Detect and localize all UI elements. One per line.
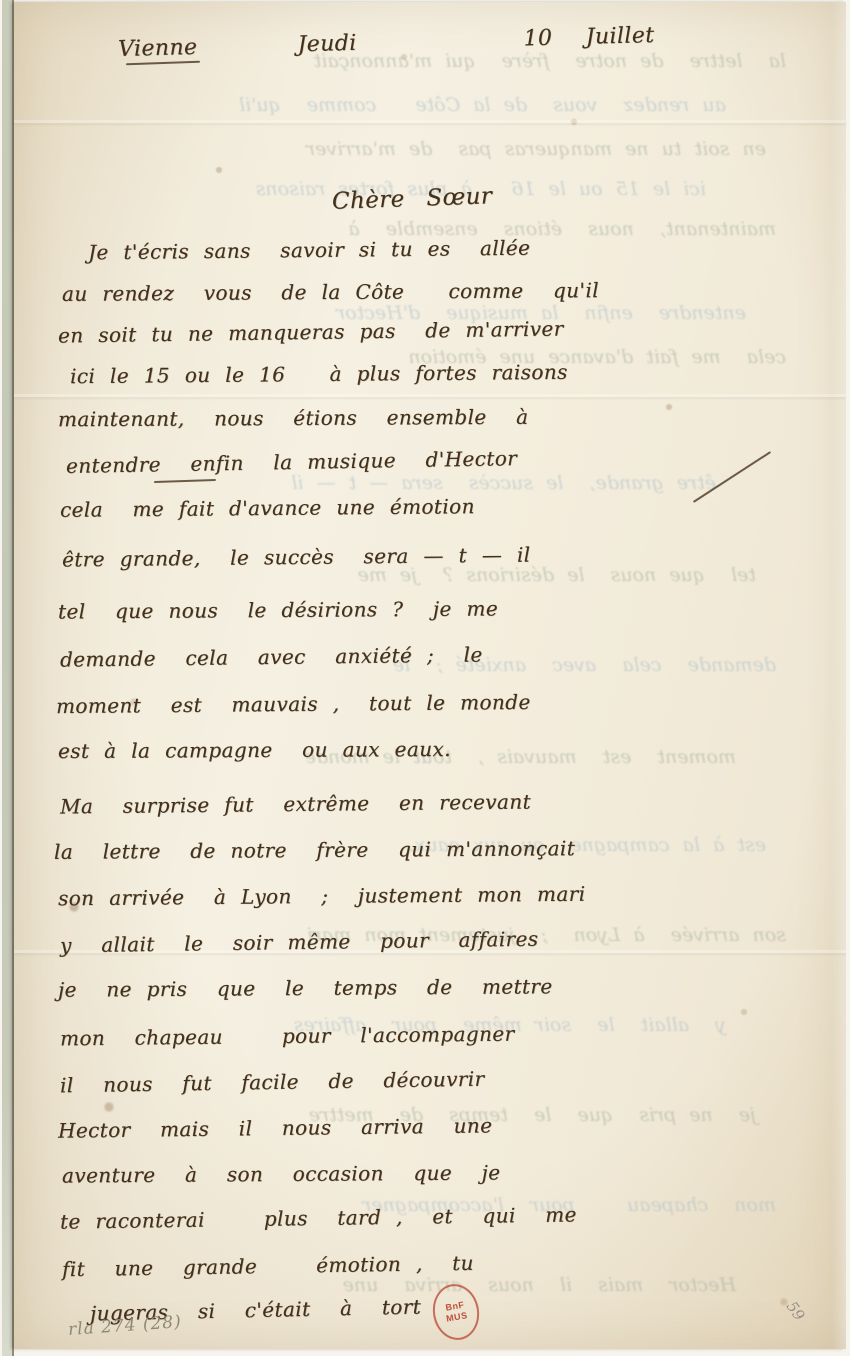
letter-paper-sheet: la lettre de notre frère qui m'annonçait… (14, 2, 846, 1349)
letter-line: Je t'écris sans savoir si tu es allée (88, 236, 531, 265)
letter-line: maintenant, nous étions ensemble à (58, 405, 529, 431)
letter-line: aventure à son occasion que je (62, 1160, 501, 1187)
letter-line: ici le 15 ou le 16 à plus fortes raisons (70, 360, 568, 388)
letter-line: je ne pris que le temps de mettre (58, 974, 553, 1001)
letter-line: entendre enfin la musique d'Hector (66, 446, 517, 478)
letter-line: tel que nous le désirions ? je me (58, 596, 498, 623)
letter-line: Ma surprise fut extrême en recevant (60, 790, 531, 819)
letter-line: la lettre de notre frère qui m'annonçait (54, 836, 575, 864)
scanned-letter-page: { "page": { "kind": "Scanned handwritten… (0, 0, 850, 1356)
letter-line: être grande, le succès sera — t — il (62, 543, 531, 572)
bleedthrough-line: être grande, le succès sera — t — il (291, 472, 716, 494)
mount-backing-strip (2, 0, 14, 1356)
bleedthrough-line: Hector mais il nous arriva une (343, 1274, 736, 1296)
letter-line: au rendez vous de la Côte comme qu'il (62, 278, 599, 306)
bleedthrough-line: en soit tu ne manqueras pas de m'arriver (306, 138, 766, 160)
salutation: Chère Sœur (332, 183, 493, 215)
letter-line: te raconterai plus tard , et qui me (60, 1202, 577, 1233)
letter-line: mon chapeau pour l'accompagner (60, 1022, 515, 1051)
letter-line: demande cela avec anxiété ; le (60, 642, 483, 671)
ink-underline-enfin (154, 479, 216, 483)
ink-flourish-hector (693, 451, 771, 503)
letter-line: cela me fait d'avance une émotion (60, 494, 475, 522)
letter-line: Hector mais il nous arriva une (58, 1113, 493, 1142)
letter-line: en soit tu ne manqueras pas de m'arriver (58, 316, 564, 347)
letter-line: est à la campagne ou aux eaux. (58, 737, 451, 763)
bleedthrough-line: au rendez vous de la Côte comme qu'il (239, 94, 726, 116)
letter-line: moment est mauvais , tout le monde (56, 690, 531, 718)
letter-line: son arrivée à Lyon ; justement mon mari (58, 882, 586, 911)
fold-crease (14, 120, 846, 123)
library-stamp-line2: MUS (445, 1310, 468, 1325)
dateline: Vienne Jeudi 10 Juillet (118, 23, 655, 62)
letter-line: il nous fut facile de découvrir (60, 1067, 485, 1098)
letter-line: fit une grande émotion , tu (62, 1251, 474, 1281)
fold-crease (14, 394, 846, 397)
